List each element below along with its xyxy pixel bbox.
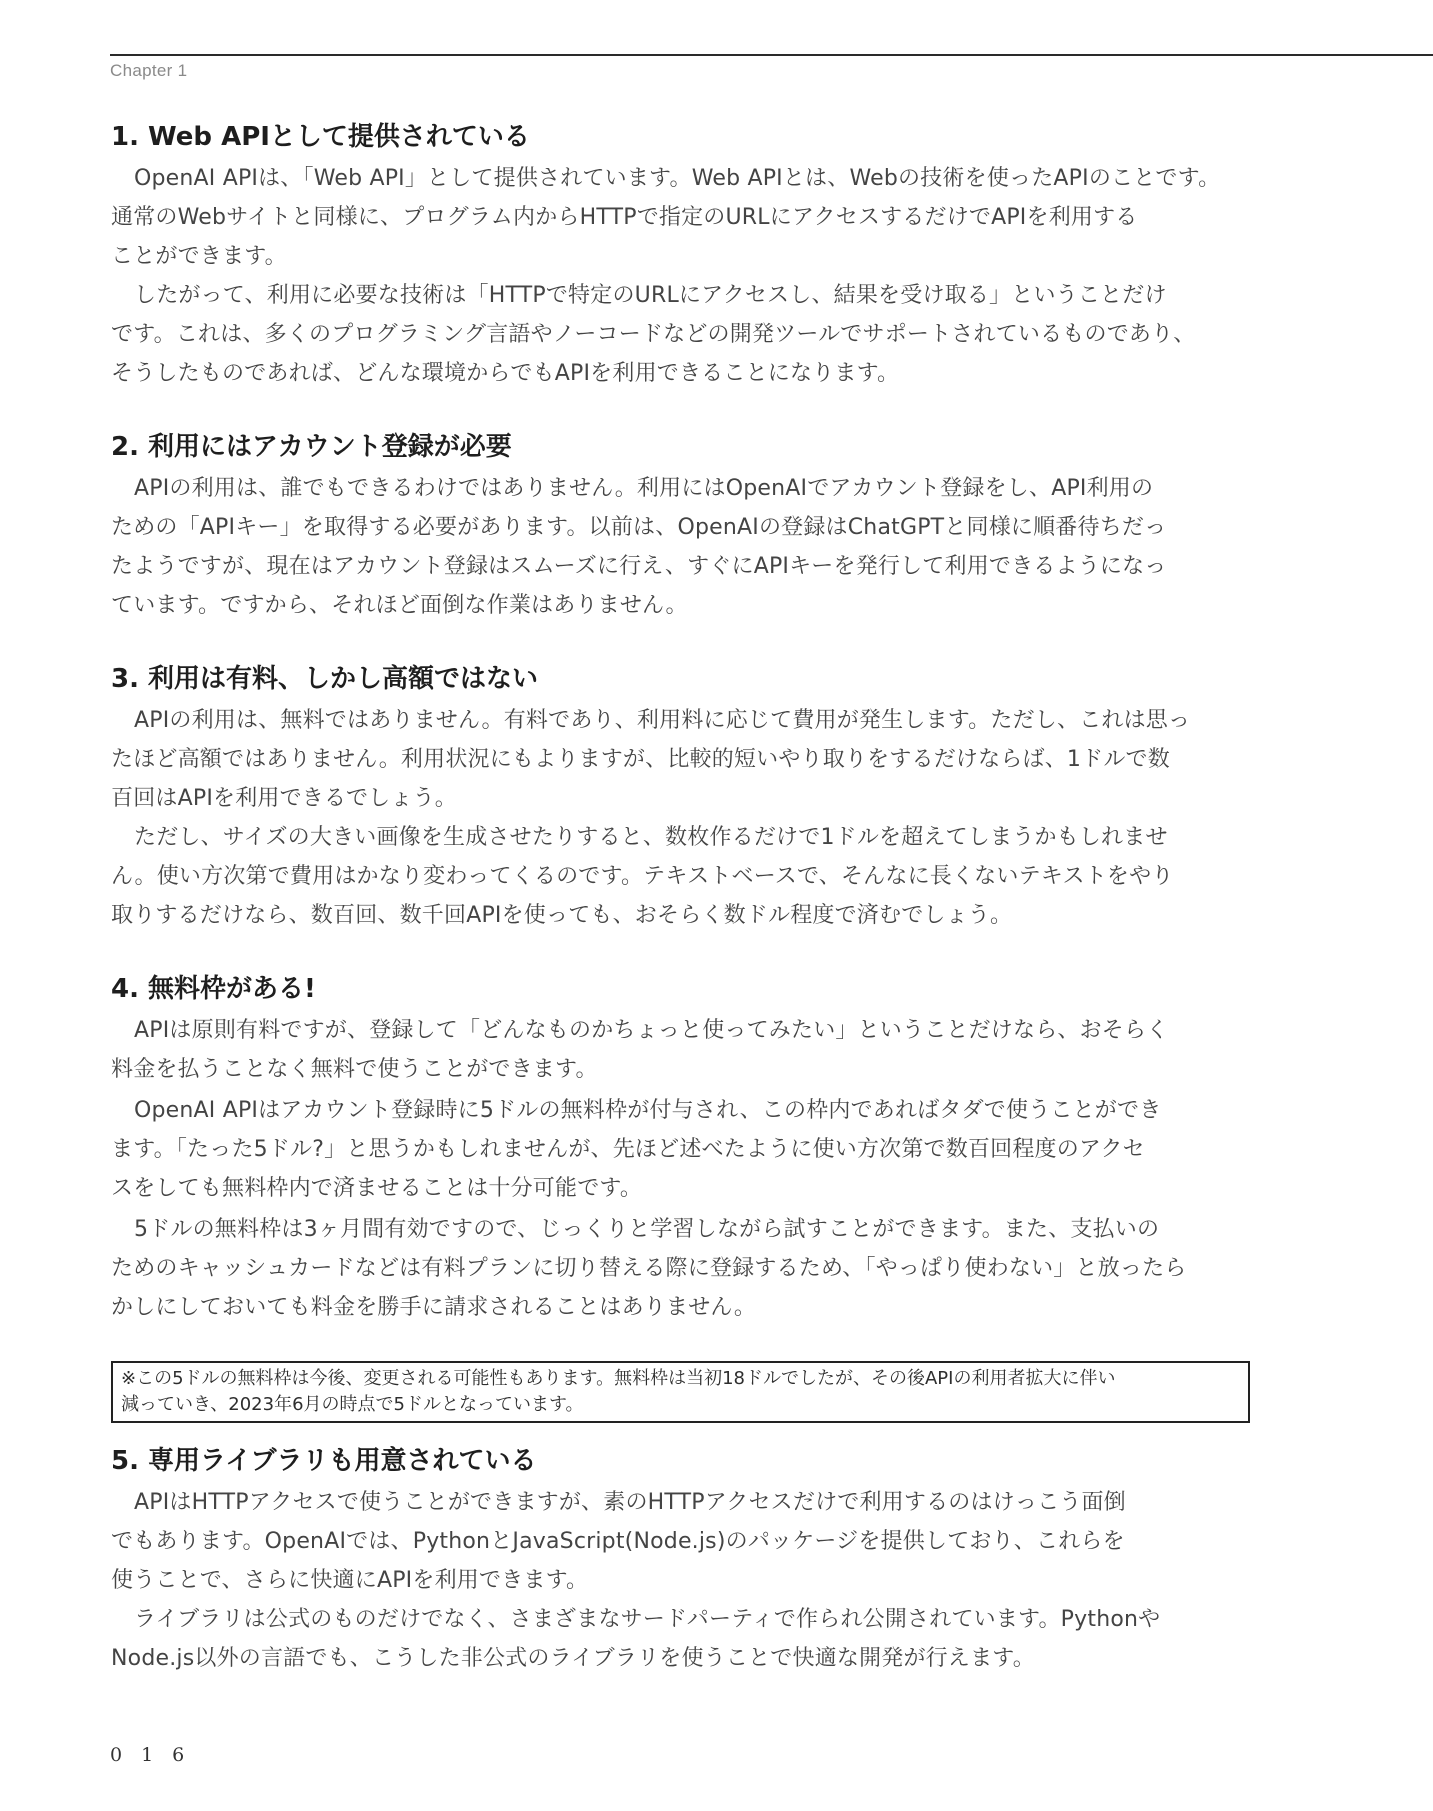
section-heading: 1. Web APIとして提供されている xyxy=(111,121,1246,153)
text-line: したがって、利用に必要な技術は「HTTPで特定のURLにアクセスし、結果を受け取… xyxy=(111,276,1246,315)
note-line: 減っていき、2023年6月の時点で5ドルとなっています。 xyxy=(121,1392,1248,1418)
text-line: APIの利用は、誰でもできるわけではありません。利用にはOpenAIでアカウント… xyxy=(111,469,1246,508)
text-line: 使うことで、さらに快適にAPIを利用できます。 xyxy=(111,1561,1246,1600)
text-line: スをしても無料枠内で済ませることは十分可能です。 xyxy=(111,1169,1246,1208)
section-heading: 3. 利用は有料、しかし高額ではない xyxy=(111,663,1246,695)
text-line: たほど高額ではありません。利用状況にもよりますが、比較的短いやり取りをするだけな… xyxy=(111,740,1246,779)
note-box: ※この5ドルの無料枠は今後、変更される可能性もあります。無料枠は当初18ドルでし… xyxy=(111,1361,1250,1423)
section-pricing: 3. 利用は有料、しかし高額ではない APIの利用は、無料ではありません。有料で… xyxy=(111,663,1246,935)
text-line: OpenAI APIは、「Web API」として提供されています。Web API… xyxy=(111,159,1246,198)
section-heading: 4. 無料枠がある! xyxy=(111,973,1246,1005)
text-line: APIはHTTPアクセスで使うことができますが、素のHTTPアクセスだけで利用す… xyxy=(111,1483,1246,1522)
paragraph: OpenAI APIはアカウント登録時に5ドルの無料枠が付与され、この枠内であれ… xyxy=(111,1091,1246,1208)
section-libraries: 5. 専用ライブラリも用意されている APIはHTTPアクセスで使うことができま… xyxy=(111,1445,1246,1678)
text-line: です。これは、多くのプログラミング言語やノーコードなどの開発ツールでサポートされ… xyxy=(111,315,1246,354)
paragraph: したがって、利用に必要な技術は「HTTPで特定のURLにアクセスし、結果を受け取… xyxy=(111,276,1246,393)
text-line: APIは原則有料ですが、登録して「どんなものかちょっと使ってみたい」ということだ… xyxy=(111,1011,1246,1050)
text-line: 5ドルの無料枠は3ヶ月間有効ですので、じっくりと学習しながら試すことができます。… xyxy=(111,1210,1246,1249)
text-line: ます。「たった5ドル?」と思うかもしれませんが、先ほど述べたように使い方次第で数… xyxy=(111,1130,1246,1169)
text-line: ただし、サイズの大きい画像を生成させたりすると、数枚作るだけで1ドルを超えてしま… xyxy=(111,818,1246,857)
text-line: たようですが、現在はアカウント登録はスムーズに行え、すぐにAPIキーを発行して利… xyxy=(111,547,1246,586)
page-number: 016 xyxy=(110,1744,203,1766)
note-line: ※この5ドルの無料枠は今後、変更される可能性もあります。無料枠は当初18ドルでし… xyxy=(121,1366,1248,1392)
section-free-tier: 4. 無料枠がある! APIは原則有料ですが、登録して「どんなものかちょっと使っ… xyxy=(111,973,1246,1327)
section-heading: 2. 利用にはアカウント登録が必要 xyxy=(111,431,1246,463)
text-line: 取りするだけなら、数百回、数千回APIを使っても、おそらく数ドル程度で済むでしょ… xyxy=(111,896,1246,935)
text-line: 料金を払うことなく無料で使うことができます。 xyxy=(111,1050,1246,1089)
section-web-api: 1. Web APIとして提供されている OpenAI APIは、「Web AP… xyxy=(111,121,1246,393)
paragraph: ライブラリは公式のものだけでなく、さまざまなサードパーティで作られ公開されていま… xyxy=(111,1600,1246,1678)
text-line: ためのキャッシュカードなどは有料プランに切り替える際に登録するため、「やっぱり使… xyxy=(111,1249,1246,1288)
text-line: ライブラリは公式のものだけでなく、さまざまなサードパーティで作られ公開されていま… xyxy=(111,1600,1246,1639)
paragraph: APIはHTTPアクセスで使うことができますが、素のHTTPアクセスだけで利用す… xyxy=(111,1483,1246,1600)
text-line: でもあります。OpenAIでは、PythonとJavaScript(Node.j… xyxy=(111,1522,1246,1561)
text-line: Node.js以外の言語でも、こうした非公式のライブラリを使うことで快適な開発が… xyxy=(111,1639,1246,1678)
text-line: ています。ですから、それほど面倒な作業はありません。 xyxy=(111,586,1246,625)
paragraph: OpenAI APIは、「Web API」として提供されています。Web API… xyxy=(111,159,1246,276)
text-line: 通常のWebサイトと同様に、プログラム内からHTTPで指定のURLにアクセスする… xyxy=(111,198,1246,237)
text-line: ん。使い方次第で費用はかなり変わってくるのです。テキストベースで、そんなに長くな… xyxy=(111,857,1246,896)
text-line: APIの利用は、無料ではありません。有料であり、利用料に応じて費用が発生します。… xyxy=(111,701,1246,740)
header-rule xyxy=(110,54,1433,56)
paragraph: APIの利用は、無料ではありません。有料であり、利用料に応じて費用が発生します。… xyxy=(111,701,1246,818)
paragraph: ただし、サイズの大きい画像を生成させたりすると、数枚作るだけで1ドルを超えてしま… xyxy=(111,818,1246,935)
paragraph: APIは原則有料ですが、登録して「どんなものかちょっと使ってみたい」ということだ… xyxy=(111,1011,1246,1089)
text-line: 百回はAPIを利用できるでしょう。 xyxy=(111,779,1246,818)
section-heading: 5. 専用ライブラリも用意されている xyxy=(111,1445,1246,1477)
text-line: ことができます。 xyxy=(111,237,1246,276)
text-line: ための「APIキー」を取得する必要があります。以前は、OpenAIの登録はCha… xyxy=(111,508,1246,547)
chapter-label: Chapter 1 xyxy=(110,61,187,81)
section-account-registration: 2. 利用にはアカウント登録が必要 APIの利用は、誰でもできるわけではありませ… xyxy=(111,431,1246,625)
paragraph: APIの利用は、誰でもできるわけではありません。利用にはOpenAIでアカウント… xyxy=(111,469,1246,625)
paragraph: 5ドルの無料枠は3ヶ月間有効ですので、じっくりと学習しながら試すことができます。… xyxy=(111,1210,1246,1327)
text-line: そうしたものであれば、どんな環境からでもAPIを利用できることになります。 xyxy=(111,354,1246,393)
text-line: OpenAI APIはアカウント登録時に5ドルの無料枠が付与され、この枠内であれ… xyxy=(111,1091,1246,1130)
text-line: かしにしておいても料金を勝手に請求されることはありません。 xyxy=(111,1288,1246,1327)
